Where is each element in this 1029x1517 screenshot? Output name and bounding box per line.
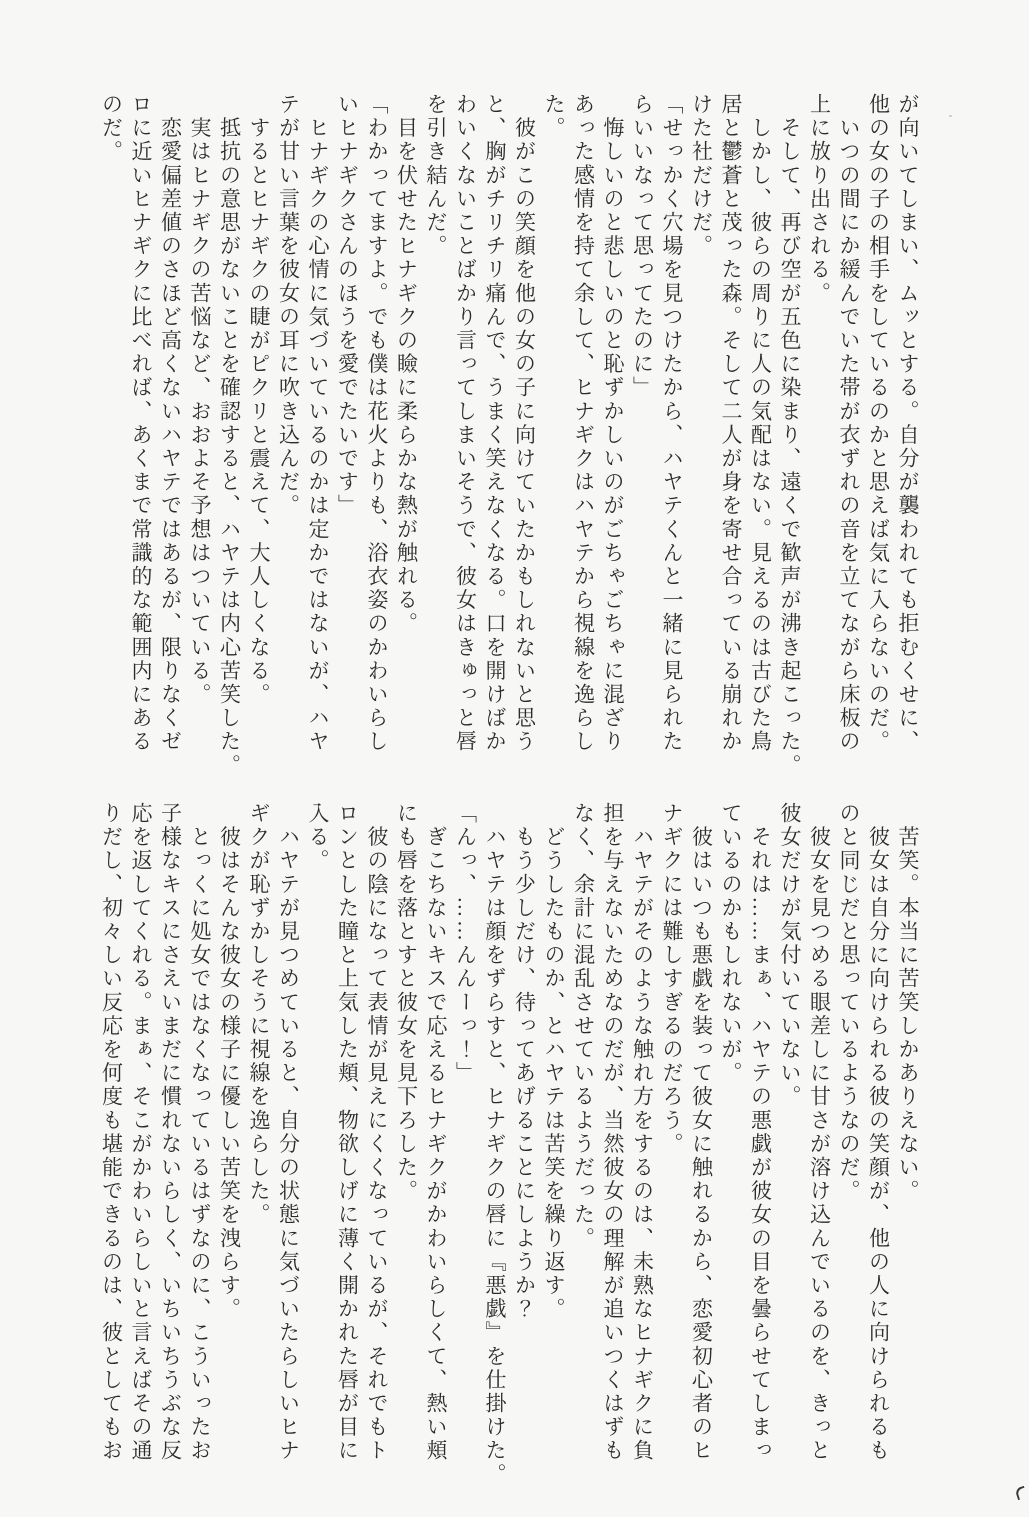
text-line: 「んっ、……んんーっ！」 xyxy=(450,802,480,1486)
scan-speck xyxy=(949,115,952,117)
page-number-fragment xyxy=(1014,1486,1027,1501)
text-line: 応を返してくれる。まぁ、そこがかわいらしいと言えばその通 xyxy=(126,802,156,1486)
text-line: らいいなって思ってたのに」 xyxy=(627,93,657,777)
text-line: 目を伏せたヒナギクの瞼に柔らかな熱が触れる。 xyxy=(391,93,421,777)
text-line: あった感情を持て余して、ヒナギクはハヤテから視線を逸らし xyxy=(568,93,598,777)
text-line: なく、余計に混乱させているようだった。 xyxy=(568,802,598,1486)
text-line: ギクが恥ずかしそうに視線を逸らした。 xyxy=(244,802,274,1486)
text-line: 彼はいつも悪戯を装って彼女に触れるから、恋愛初心者のヒ xyxy=(686,802,716,1486)
text-line: のと同じだと思っているようなのだ。 xyxy=(834,802,864,1486)
text-line: 他の女の子の相手をしているのかと思えば気に入らないのだ。 xyxy=(863,93,893,777)
text-line: ロンとした瞳と上気した頬、物欲しげに薄く開かれた唇が目に xyxy=(332,802,362,1486)
text-line: どうしたものか、とハヤテは苦笑を繰り返す。 xyxy=(539,802,569,1486)
text-line: 彼女を見つめる眼差しに甘さが溶け込んでいるのを、きっと xyxy=(804,802,834,1486)
top-text-block: が向いてしまい、ムッとする。自分が襲われても拒むくせに、他の女の子の相手をしてい… xyxy=(96,93,922,777)
text-line: ているのかもしれないが。 xyxy=(716,802,746,1486)
text-line: ハヤテが見つめていると、自分の状態に気づいたらしいヒナ xyxy=(273,802,303,1486)
text-line: するとヒナギクの睫がピクリと震えて、大人しくなる。 xyxy=(244,93,274,777)
text-line: テが甘い言葉を彼女の耳に吹き込んだ。 xyxy=(273,93,303,777)
text-line: 居と鬱蒼と茂った森。そして二人が身を寄せ合っている崩れか xyxy=(716,93,746,777)
text-line: 彼女だけが気付いていない。 xyxy=(775,802,805,1486)
text-line: 彼の陰になって表情が見えにくくなっているが、それでもト xyxy=(362,802,392,1486)
text-line: が向いてしまい、ムッとする。自分が襲われても拒むくせに、 xyxy=(893,93,923,777)
text-line: けた社だけだ。 xyxy=(686,93,716,777)
bottom-text-block: 苦笑。本当に苦笑しかありえない。 彼女は自分に向けられる彼の笑顔が、他の人に向け… xyxy=(96,802,922,1486)
text-line: わいくないことばかり言ってしまいそうで、彼女はきゅっと唇 xyxy=(450,93,480,777)
text-line: 上に放り出される。 xyxy=(804,93,834,777)
text-line: ハヤテは顔をずらすと、ヒナギクの唇に『悪戯』を仕掛けた。 xyxy=(480,802,510,1486)
text-line: 彼女は自分に向けられる彼の笑顔が、他の人に向けられるも xyxy=(863,802,893,1486)
text-line: とっくに処女ではなくなっているはずなのに、こういったお xyxy=(185,802,215,1486)
text-line: ぎこちないキスで応えるヒナギクがかわいらしくて、熱い頬 xyxy=(421,802,451,1486)
text-line: のだ。 xyxy=(96,93,126,777)
text-line: いヒナギクさんのほうを愛でたいです」 xyxy=(332,93,362,777)
text-line: 「せっかく穴場を見つけたから、ハヤテくんと一緒に見られた xyxy=(657,93,687,777)
text-line: 彼がこの笑顔を他の女の子に向けていたかもしれないと思う xyxy=(509,93,539,777)
text-line: 彼はそんな彼女の様子に優しい苦笑を洩らす。 xyxy=(214,802,244,1486)
text-line: ヒナギクの心情に気づいているのかは定かではないが、ハヤ xyxy=(303,93,333,777)
text-line: 恋愛偏差値のさほど高くないハヤテではあるが、限りなくゼ xyxy=(155,93,185,777)
text-line: にも唇を落とすと彼女を見下ろした。 xyxy=(391,802,421,1486)
scanned-novel-page: が向いてしまい、ムッとする。自分が襲われても拒むくせに、他の女の子の相手をしてい… xyxy=(0,0,1029,1517)
text-line: それは……まぁ、ハヤテの悪戯が彼女の目を曇らせてしまっ xyxy=(745,802,775,1486)
text-line: 苦笑。本当に苦笑しかありえない。 xyxy=(893,802,923,1486)
text-line: 入る。 xyxy=(303,802,333,1486)
text-line: 実はヒナギクの苦悩など、おおよそ予想はついている。 xyxy=(185,93,215,777)
text-line: もう少しだけ、待ってあげることにしようか？ xyxy=(509,802,539,1486)
text-line: しかし、彼らの周りに人の気配はない。見えるのは古びた鳥 xyxy=(745,93,775,777)
text-line: 抵抗の意思がないことを確認すると、ハヤテは内心苦笑した。 xyxy=(214,93,244,777)
text-line: いつの間にか緩んでいた帯が衣ずれの音を立てながら床板の xyxy=(834,93,864,777)
text-line: ハヤテがそのような触れ方をするのは、未熟なヒナギクに負 xyxy=(627,802,657,1486)
text-line: と、胸がチリチリ痛んで、うまく笑えなくなる。口を開けばか xyxy=(480,93,510,777)
text-line: そして、再び空が五色に染まり、遠くで歓声が沸き起こった。 xyxy=(775,93,805,777)
text-line: を引き結んだ。 xyxy=(421,93,451,777)
text-line: りだし、初々しい反応を何度も堪能できるのは、彼としてもお xyxy=(96,802,126,1486)
text-line: 担を与えないためなのだが、当然彼女の理解が追いつくはずも xyxy=(598,802,628,1486)
text-line: ロに近いヒナギクに比べれば、あくまで常識的な範囲内にある xyxy=(126,93,156,777)
text-line: 悔しいのと悲しいのと恥ずかしいのがごちゃごちゃに混ざり xyxy=(598,93,628,777)
text-line: た。 xyxy=(539,93,569,777)
text-line: 「わかってますよ。でも僕は花火よりも、浴衣姿のかわいらし xyxy=(362,93,392,777)
text-line: 子様なキスにさえいまだに慣れないらしく、いちいちうぶな反 xyxy=(155,802,185,1486)
text-line: ナギクには難しすぎるのだろう。 xyxy=(657,802,687,1486)
